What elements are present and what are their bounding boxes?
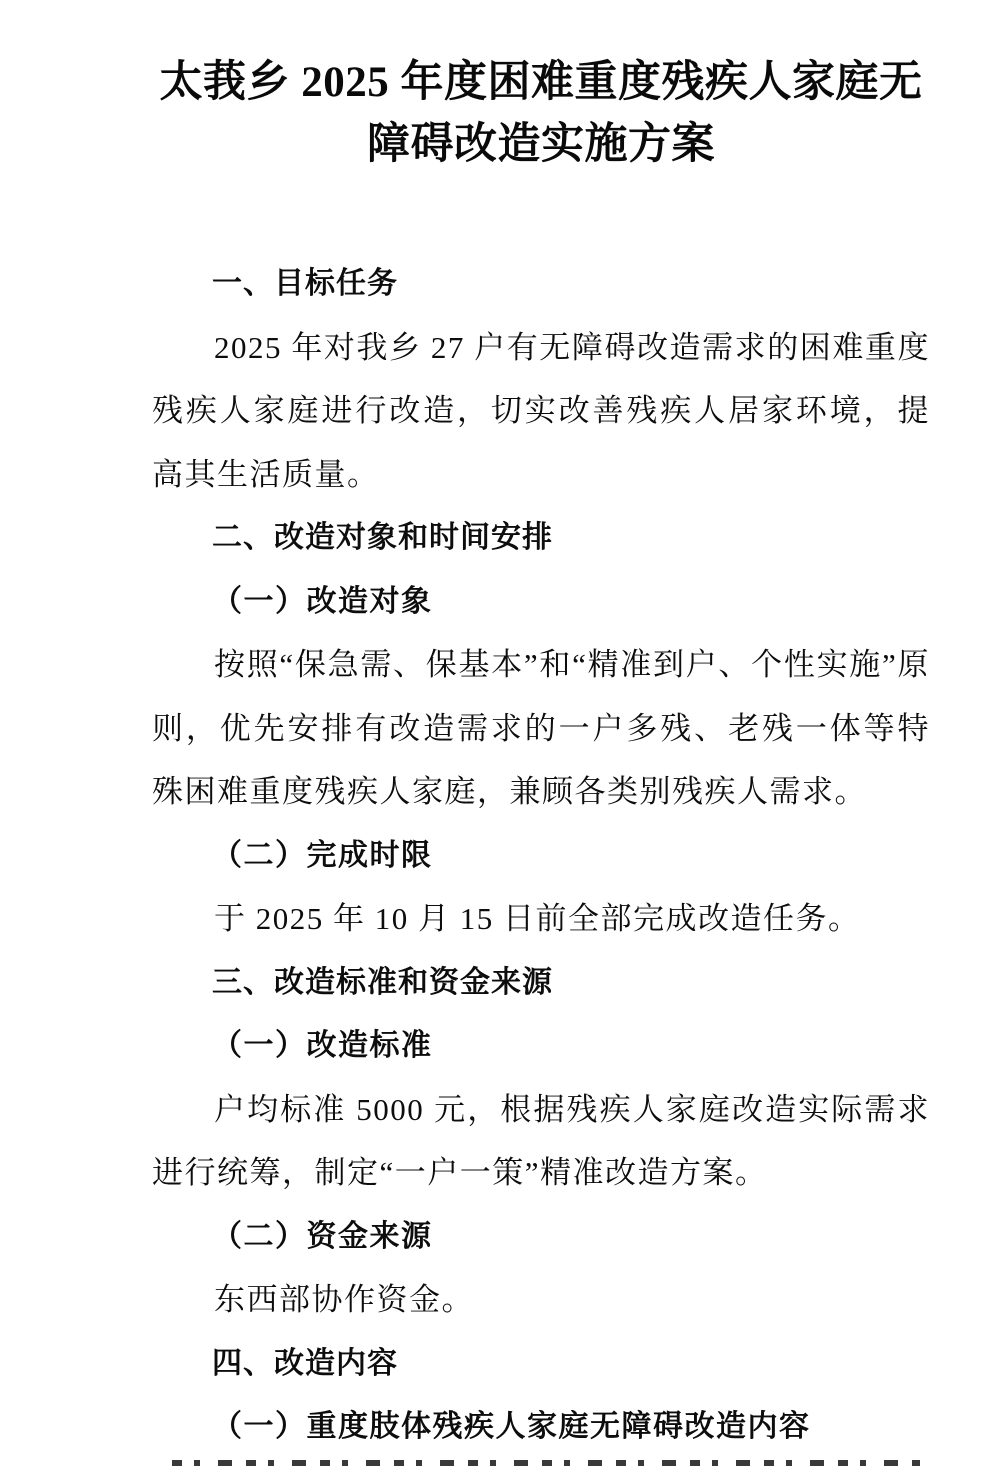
doc-title: 太莪乡 2025 年度困难重度残疾人家庭无障碍改造实施方案 — [152, 52, 930, 176]
heading-level1: 二、改造对象和时间安排 — [152, 506, 930, 570]
heading-level1: 三、改造标准和资金来源 — [152, 951, 930, 1015]
heading-level2: （二）完成时限 — [152, 824, 930, 888]
heading-level1: 四、改造内容 — [152, 1332, 930, 1396]
clipped-next-line-fragment — [172, 1460, 920, 1466]
body-paragraph: 东西部协作资金。 — [152, 1268, 930, 1332]
heading-level2: （二）资金来源 — [152, 1205, 930, 1269]
heading-level2: （一）改造对象 — [152, 570, 930, 634]
heading-level1: 一、目标任务 — [152, 252, 930, 316]
body-paragraph: 于 2025 年 10 月 15 日前全部完成改造任务。 — [152, 887, 930, 951]
heading-level2: （一）改造标准 — [152, 1014, 930, 1078]
heading-level2: （一）重度肢体残疾人家庭无障碍改造内容 — [152, 1395, 930, 1459]
body-paragraph: 按照“保急需、保基本”和“精准到户、个性实施”原则，优先安排有改造需求的一户多残… — [152, 633, 930, 824]
document-page: 太莪乡 2025 年度困难重度残疾人家庭无障碍改造实施方案 一、目标任务2025… — [0, 0, 1000, 1466]
body-paragraph: 户均标准 5000 元，根据残疾人家庭改造实际需求进行统筹，制定“一户一策”精准… — [152, 1078, 930, 1205]
doc-body: 一、目标任务2025 年对我乡 27 户有无障碍改造需求的困难重度残疾人家庭进行… — [152, 252, 930, 1459]
body-paragraph: 2025 年对我乡 27 户有无障碍改造需求的困难重度残疾人家庭进行改造，切实改… — [152, 316, 930, 507]
